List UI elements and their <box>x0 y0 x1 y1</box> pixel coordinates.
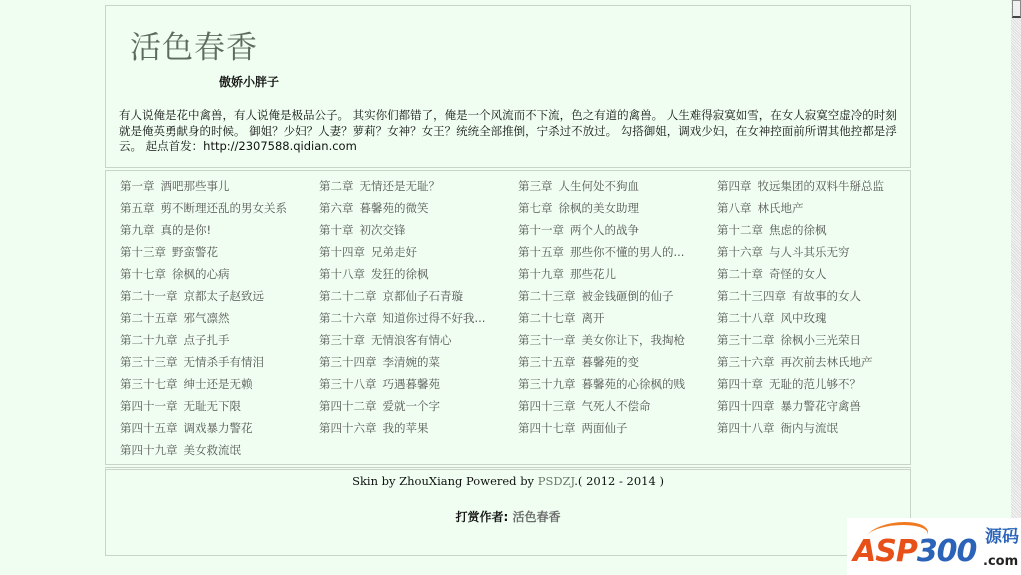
chapter-title: 兄弟走好 <box>371 245 417 259</box>
chapter-number: 第十六章 <box>717 245 763 259</box>
author-name: 傲娇小胖子 <box>219 73 279 90</box>
chapter-link[interactable]: 第二十九章点子扎手 <box>120 331 319 353</box>
asp300-watermark: ASP300 源码 .com <box>847 518 1021 575</box>
reward-line: 打赏作者: 活色春香 <box>106 508 910 525</box>
chapter-title: 无耻的范儿够不？ <box>769 377 861 391</box>
chapter-title: 美女救流氓 <box>184 443 242 457</box>
chapter-number: 第二十五章 <box>120 311 178 325</box>
watermark-brand-a: ASP <box>853 534 917 569</box>
chapter-title: 酒吧那些事儿 <box>161 179 230 193</box>
chapter-link[interactable]: 第四十五章调戏暴力警花 <box>120 419 319 441</box>
chapter-list: 第一章酒吧那些事儿第二章无情还是无耻？第三章人生何处不狗血第四章牧远集团的双料牛… <box>105 170 911 465</box>
chapter-link[interactable]: 第四十六章我的苹果 <box>319 419 518 441</box>
psdzj-link[interactable]: PSDZJ <box>538 474 575 488</box>
chapter-number: 第四十七章 <box>518 421 576 435</box>
chapter-title: 奇怪的女人 <box>769 267 827 281</box>
chapter-title: 风中玫瑰 <box>781 311 827 325</box>
chapter-number: 第三十章 <box>319 333 365 347</box>
chapter-title: 调戏暴力警花 <box>184 421 253 435</box>
chapter-number: 第十五章 <box>518 245 564 259</box>
chapter-number: 第四十八章 <box>717 421 775 435</box>
reward-label: 打赏作者: <box>455 510 508 524</box>
chapter-number: 第一章 <box>120 179 155 193</box>
chapter-number: 第三十八章 <box>319 377 377 391</box>
chapter-link[interactable]: 第十九章那些花儿 <box>518 265 717 287</box>
chapter-link[interactable]: 第二十七章离开 <box>518 309 717 331</box>
chapter-title: 暮馨苑的变 <box>582 355 640 369</box>
chapter-link[interactable]: 第八章林氏地产 <box>717 199 910 221</box>
chapter-link[interactable]: 第十四章兄弟走好 <box>319 243 518 265</box>
chapter-title: 真的是你! <box>161 223 212 237</box>
chapter-title: 林氏地产 <box>758 201 804 215</box>
chapter-link[interactable]: 第二十五章邪气凛然 <box>120 309 319 331</box>
vertical-scrollbar[interactable] <box>1011 0 1021 575</box>
chapter-link[interactable]: 第六章暮馨苑的微笑 <box>319 199 518 221</box>
chapter-title: 发狂的徐枫 <box>371 267 429 281</box>
chapter-title: 无耻无下限 <box>184 399 242 413</box>
chapter-link[interactable]: 第三十四章李清婉的菜 <box>319 353 518 375</box>
chapter-link[interactable]: 第十章初次交锋 <box>319 221 518 243</box>
chapter-title: 我的苹果 <box>383 421 429 435</box>
chapter-number: 第八章 <box>717 201 752 215</box>
credit-prefix: Skin by ZhouXiang Powered by <box>352 474 538 488</box>
chapter-title: 爱就一个字 <box>383 399 441 413</box>
chapter-title: 那些你不懂的男人的... <box>570 245 684 259</box>
chapter-link[interactable]: 第七章徐枫的美女助理 <box>518 199 717 221</box>
chapter-title: 离开 <box>582 311 605 325</box>
chapter-number: 第四十一章 <box>120 399 178 413</box>
reward-author-name[interactable]: 活色春香 <box>512 510 560 524</box>
chapter-title: 美女你让下，我掏枪 <box>582 333 686 347</box>
credit-suffix: .( 2012 - 2014 ) <box>574 474 664 488</box>
chapter-number: 第四十章 <box>717 377 763 391</box>
chapter-link[interactable]: 第二十六章知道你过得不好我... <box>319 309 518 331</box>
chapter-link[interactable]: 第十三章野蛮警花 <box>120 243 319 265</box>
chapter-title: 暴力警花守禽兽 <box>781 399 862 413</box>
chapter-title: 绅士还是无赖 <box>184 377 253 391</box>
chapter-title: 邪气凛然 <box>184 311 230 325</box>
chapter-title: 那些花儿 <box>570 267 616 281</box>
chapter-number: 第三章 <box>518 179 553 193</box>
chapter-number: 第四十五章 <box>120 421 178 435</box>
watermark-logo-text: ASP300 <box>853 534 976 569</box>
chapter-title: 无情杀手有情泪 <box>184 355 265 369</box>
chapter-link[interactable]: 第四十八章衙内与流氓 <box>717 419 910 441</box>
chapter-link[interactable]: 第三十七章绅士还是无赖 <box>120 375 319 397</box>
chapter-number: 第二十三四章 <box>717 289 786 303</box>
chapter-number: 第三十七章 <box>120 377 178 391</box>
chapter-link[interactable]: 第三十五章暮馨苑的变 <box>518 353 717 375</box>
watermark-brand-b: 300 <box>917 534 977 569</box>
chapter-number: 第六章 <box>319 201 354 215</box>
chapter-number: 第十四章 <box>319 245 365 259</box>
chapter-link[interactable]: 第三十六章再次前去林氏地产 <box>717 353 910 375</box>
chapter-number: 第四十二章 <box>319 399 377 413</box>
chapter-number: 第二章 <box>319 179 354 193</box>
chapter-number: 第二十一章 <box>120 289 178 303</box>
chapter-link[interactable]: 第九章真的是你! <box>120 221 319 243</box>
chapter-number: 第十三章 <box>120 245 166 259</box>
chapter-number: 第十一章 <box>518 223 564 237</box>
chapter-number: 第二十六章 <box>319 311 377 325</box>
chapter-title: 剪不断理还乱的男女关系 <box>161 201 288 215</box>
watermark-cn: 源码 <box>985 522 1019 547</box>
chapter-link[interactable]: 第三十九章暮馨苑的心徐枫的贱 <box>518 375 717 397</box>
chapter-title: 两面仙子 <box>582 421 628 435</box>
chapter-link[interactable]: 第十一章两个人的战争 <box>518 221 717 243</box>
chapter-number: 第二十章 <box>717 267 763 281</box>
chapter-link[interactable]: 第四十章无耻的范儿够不？ <box>717 375 910 397</box>
chapter-link[interactable]: 第十五章那些你不懂的男人的... <box>518 243 717 265</box>
chapter-title: 巧遇暮馨苑 <box>383 377 441 391</box>
chapter-title: 有故事的女人 <box>792 289 861 303</box>
chapter-title: 知道你过得不好我... <box>383 311 486 325</box>
chapter-number: 第三十三章 <box>120 355 178 369</box>
chapter-number: 第二十九章 <box>120 333 178 347</box>
scroll-thumb[interactable] <box>1012 0 1021 18</box>
chapter-number: 第十七章 <box>120 267 166 281</box>
chapter-number: 第二十七章 <box>518 311 576 325</box>
chapter-title: 京都太子赵致远 <box>184 289 265 303</box>
chapter-number: 第四十六章 <box>319 421 377 435</box>
chapter-number: 第十二章 <box>717 223 763 237</box>
chapter-number: 第三十五章 <box>518 355 576 369</box>
chapter-link[interactable]: 第三十八章巧遇暮馨苑 <box>319 375 518 397</box>
chapter-number: 第九章 <box>120 223 155 237</box>
book-header: 活色春香 傲娇小胖子 有人说俺是花中禽兽，有人说俺是极品公子。 其实你们都错了，… <box>105 5 911 168</box>
chapter-link[interactable]: 第四十二章爱就一个字 <box>319 397 518 419</box>
chapter-number: 第四十九章 <box>120 443 178 457</box>
chapter-title: 被金钱砸倒的仙子 <box>582 289 674 303</box>
chapter-title: 李清婉的菜 <box>383 355 441 369</box>
chapter-link[interactable]: 第十八章发狂的徐枫 <box>319 265 518 287</box>
chapter-link[interactable]: 第十二章焦虑的徐枫 <box>717 221 910 243</box>
chapter-title: 野蛮警花 <box>172 245 218 259</box>
chapter-link[interactable]: 第三十章无情浪客有情心 <box>319 331 518 353</box>
chapter-title: 人生何处不狗血 <box>559 179 640 193</box>
chapter-number: 第五章 <box>120 201 155 215</box>
chapter-link[interactable]: 第二十二章京都仙子石青璇 <box>319 287 518 309</box>
chapter-link[interactable]: 第四十七章两面仙子 <box>518 419 717 441</box>
watermark-com: .com <box>983 554 1018 569</box>
chapter-title: 牧远集团的双料牛掰总监 <box>758 179 885 193</box>
chapter-title: 焦虑的徐枫 <box>769 223 827 237</box>
chapter-title: 暮馨苑的微笑 <box>360 201 429 215</box>
chapter-title: 无情浪客有情心 <box>371 333 452 347</box>
chapter-title: 衙内与流氓 <box>781 421 839 435</box>
chapter-number: 第三十四章 <box>319 355 377 369</box>
chapter-title: 两个人的战争 <box>570 223 639 237</box>
chapter-link[interactable]: 第四十一章无耻无下限 <box>120 397 319 419</box>
chapter-title: 初次交锋 <box>360 223 406 237</box>
chapter-number: 第二十三章 <box>518 289 576 303</box>
chapter-link[interactable]: 第三章人生何处不狗血 <box>518 177 717 199</box>
chapter-link[interactable]: 第三十一章美女你让下，我掏枪 <box>518 331 717 353</box>
chapter-title: 气死人不偿命 <box>582 399 651 413</box>
chapter-title: 暮馨苑的心徐枫的贱 <box>582 377 686 391</box>
chapter-link[interactable]: 第十七章徐枫的心病 <box>120 265 319 287</box>
chapter-number: 第三十九章 <box>518 377 576 391</box>
chapter-title: 点子扎手 <box>184 333 230 347</box>
chapter-number: 第四十三章 <box>518 399 576 413</box>
chapter-number: 第十章 <box>319 223 354 237</box>
chapter-grid: 第一章酒吧那些事儿第二章无情还是无耻？第三章人生何处不狗血第四章牧远集团的双料牛… <box>120 177 910 463</box>
chapter-title: 京都仙子石青璇 <box>383 289 464 303</box>
chapter-number: 第十九章 <box>518 267 564 281</box>
chapter-title: 与人斗其乐无穷 <box>769 245 850 259</box>
chapter-link[interactable]: 第二十八章风中玫瑰 <box>717 309 910 331</box>
chapter-number: 第四章 <box>717 179 752 193</box>
chapter-link[interactable]: 第三十三章无情杀手有情泪 <box>120 353 319 375</box>
chapter-number: 第二十二章 <box>319 289 377 303</box>
chapter-link[interactable]: 第二十章奇怪的女人 <box>717 265 910 287</box>
chapter-link[interactable]: 第二十三章被金钱砸倒的仙子 <box>518 287 717 309</box>
chapter-number: 第七章 <box>518 201 553 215</box>
chapter-number: 第二十八章 <box>717 311 775 325</box>
chapter-link[interactable]: 第五章剪不断理还乱的男女关系 <box>120 199 319 221</box>
chapter-link[interactable]: 第二章无情还是无耻？ <box>319 177 518 199</box>
chapter-link[interactable]: 第一章酒吧那些事儿 <box>120 177 319 199</box>
chapter-title: 徐枫的美女助理 <box>559 201 640 215</box>
book-intro: 有人说俺是花中禽兽，有人说俺是极品公子。 其实你们都错了，俺是一个风流而不下流，… <box>119 108 899 155</box>
chapter-title: 无情还是无耻？ <box>360 179 441 193</box>
chapter-link[interactable]: 第三十二章徐枫小三光荣日 <box>717 331 910 353</box>
chapter-link[interactable]: 第四章牧远集团的双料牛掰总监 <box>717 177 910 199</box>
chapter-number: 第十八章 <box>319 267 365 281</box>
chapter-link[interactable]: 第四十四章暴力警花守禽兽 <box>717 397 910 419</box>
chapter-link[interactable]: 第二十三四章有故事的女人 <box>717 287 910 309</box>
chapter-title: 徐枫的心病 <box>172 267 230 281</box>
chapter-number: 第四十四章 <box>717 399 775 413</box>
chapter-link[interactable]: 第二十一章京都太子赵致远 <box>120 287 319 309</box>
credit-line: Skin by ZhouXiang Powered by PSDZJ.( 201… <box>106 474 910 488</box>
chapter-link[interactable]: 第十六章与人斗其乐无穷 <box>717 243 910 265</box>
footer: Skin by ZhouXiang Powered by PSDZJ.( 201… <box>105 467 911 556</box>
chapter-number: 第三十六章 <box>717 355 775 369</box>
chapter-link[interactable]: 第四十三章气死人不偿命 <box>518 397 717 419</box>
chapter-number: 第三十一章 <box>518 333 576 347</box>
chapter-number: 第三十二章 <box>717 333 775 347</box>
chapter-link[interactable]: 第四十九章美女救流氓 <box>120 441 319 463</box>
book-title: 活色春香 <box>130 22 258 67</box>
chapter-title: 再次前去林氏地产 <box>781 355 873 369</box>
chapter-title: 徐枫小三光荣日 <box>781 333 862 347</box>
